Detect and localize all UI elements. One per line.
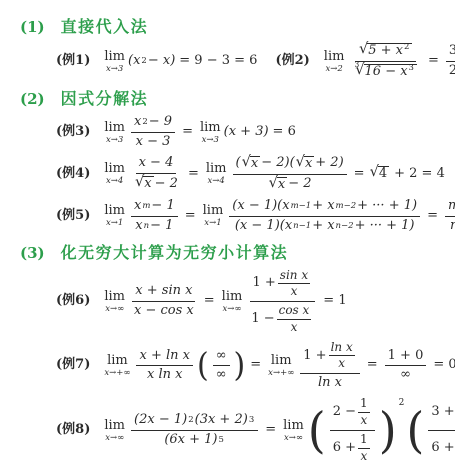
cube-root: 3 √ 16 − x3 (354, 64, 417, 80)
equals: = (182, 125, 193, 140)
expression: 1 + (253, 276, 276, 291)
example-1-label: (例1) (56, 54, 90, 69)
lim-word: lim (107, 354, 128, 367)
lim-word: lim (200, 121, 221, 134)
expression: − 2 (288, 177, 311, 192)
lim-word: lim (283, 419, 304, 432)
denominator: x (358, 449, 369, 464)
section-3-number: (3) (20, 244, 45, 262)
fraction: x + sin x x − cos x (131, 284, 197, 319)
numerator: x2 − 9 (131, 115, 175, 133)
superscript: 3 (409, 63, 414, 73)
equals: = (185, 209, 196, 224)
paren-exponent: 2 (399, 398, 405, 408)
expression: (x − 1)(x (232, 199, 289, 214)
radical-sign-icon: √ (370, 165, 379, 180)
denominator: 6 + 1x (428, 431, 455, 464)
lim-word: lim (222, 290, 243, 303)
example-row-3: (例3) lim x→3 x2 − 9 x − 3 = lim x→3 (x +… (56, 115, 449, 150)
denominator: x (336, 356, 347, 371)
example-7-label: (例7) (56, 358, 90, 373)
inner-fraction: ln xx (329, 341, 355, 372)
paren-group: ( 3 + 2x 6 + 1x ) 3 (405, 397, 455, 463)
equals: = (265, 423, 276, 438)
limit-operator: lim x→4 (104, 162, 125, 186)
fraction: 1 + ln xx ln x (300, 341, 359, 392)
lim-word: lim (104, 121, 125, 134)
expression: 6 + (333, 441, 356, 456)
equation-result: = 6 (273, 125, 296, 140)
expression: 1 − (251, 312, 274, 327)
numerator: 1 + ln xx (300, 341, 359, 375)
math-notes-page: (1) 直接代入法 (例1) lim x→3 (x2 − x) = 9 − 3 … (0, 0, 455, 463)
lim-subscript: x→3 (202, 136, 219, 145)
expression: x (134, 115, 141, 130)
numerator: 1 + 0 (385, 349, 427, 367)
denominator: (x − 1)(xn−1 + xn−2 + ··· + 1) (232, 217, 418, 234)
equation-result: = 0 (433, 358, 455, 373)
lim-subscript: x→+∞ (268, 369, 294, 378)
lim-word: lim (104, 162, 125, 175)
indeterminate-form-annotation: ( ∞∞ ) (196, 349, 246, 384)
square-root: √4 (370, 166, 390, 182)
result-fraction: m n (445, 199, 455, 234)
fraction: (x − 1)(xm−1 + xm−2 + ··· + 1) (x − 1)(x… (229, 199, 420, 234)
denominator: x (289, 320, 300, 335)
denominator: 6 + 1x (330, 431, 375, 464)
radical-sign-icon: √ (269, 176, 278, 191)
limit-operator: lim x→∞ (104, 419, 125, 443)
lim-word: lim (203, 204, 224, 217)
fraction: 2 − 1x 6 + 1x (330, 397, 375, 463)
inner-fraction: cos xx (277, 304, 312, 335)
equals: = (250, 358, 261, 373)
limit-operator: lim x→+∞ (104, 354, 130, 378)
lim-subscript: x→1 (106, 219, 123, 228)
lim-subscript: x→3 (106, 65, 123, 74)
expression: + x (312, 219, 334, 234)
expression: − 2 (155, 177, 178, 192)
lim-subscript: x→∞ (105, 305, 124, 314)
denominator: x (358, 413, 369, 428)
example-row-8: (例8) lim x→∞ (2x − 1)2(3x + 2)3 (6x + 1)… (56, 397, 449, 463)
numerator: 3 + 2x (428, 397, 455, 431)
radicand: 4 (378, 166, 389, 182)
limit-operator: lim x→3 (104, 50, 125, 74)
inner-fraction: sin xx (278, 269, 310, 300)
denominator: xn − 1 (132, 217, 176, 234)
numerator: cos x (277, 304, 312, 320)
numerator: ∞ (213, 349, 230, 367)
lim-subscript: x→∞ (284, 434, 303, 443)
numerator: 3 (446, 44, 455, 62)
denominator: n (447, 217, 455, 234)
lim-subscript: x→2 (325, 65, 342, 74)
limit-operator: lim x→+∞ (268, 354, 294, 378)
radicand: x (277, 177, 287, 193)
denominator: x (289, 284, 300, 299)
radical-sign-icon: √ (135, 175, 144, 190)
numerator: (√x − 2)(√x + 2) (233, 156, 347, 175)
fraction: 1 + sin xx 1 − cos xx (248, 269, 316, 335)
numerator: x + ln x (136, 349, 192, 367)
inner-fraction: 1x (358, 397, 370, 428)
denominator: x − cos x (131, 302, 197, 319)
radicand: 16 − x3 (364, 64, 417, 80)
lim-word: lim (324, 50, 345, 63)
limit-operator: lim x→2 (324, 50, 345, 74)
numerator: 1 (358, 397, 370, 413)
equation-result: + 2 = 4 (394, 167, 445, 182)
square-root: √x (269, 177, 288, 193)
limit-operator: lim x→∞ (222, 290, 243, 314)
section-2-title: 因式分解法 (61, 86, 149, 109)
limit-operator: lim x→3 (200, 121, 221, 145)
lim-subscript: x→∞ (222, 305, 241, 314)
denominator: ln x (315, 374, 345, 391)
fraction: (2x − 1)2(3x + 2)3 (6x + 1)5 (131, 413, 258, 448)
denominator: 3 √ 16 − x3 (350, 62, 421, 80)
example-row-7: (例7) lim x→+∞ x + ln x x ln x ( ∞∞ ) = l… (56, 341, 449, 392)
expression: x (135, 219, 142, 234)
square-root: √x (296, 156, 315, 172)
radicand: x (304, 156, 314, 172)
denominator: ∞ (213, 366, 230, 383)
inner-fraction: 1x (358, 433, 370, 464)
lim-subscript: x→3 (106, 136, 123, 145)
denominator: (6x + 1)5 (161, 431, 228, 448)
expression: − 9 (149, 115, 172, 130)
expression: 1 + (303, 349, 326, 364)
lim-word: lim (104, 204, 125, 217)
fraction: √ 5 + x2 3 √ 16 − x3 (350, 43, 421, 80)
equals: = (367, 358, 378, 373)
numerator: m (445, 199, 455, 217)
radical-sign-icon: √ (355, 63, 364, 78)
radical-sign-icon: √ (359, 42, 368, 57)
numerator: ln x (329, 341, 355, 357)
expression: + ··· + 1) (355, 219, 415, 234)
section-2-number: (2) (20, 90, 45, 108)
expression: 3 + (431, 405, 454, 420)
expression: (3x + 2) (195, 413, 248, 428)
fraction: (√x − 2)(√x + 2) √x − 2 (233, 156, 347, 193)
example-row-6: (例6) lim x→∞ x + sin x x − cos x = lim x… (56, 269, 449, 335)
equals: = (427, 209, 438, 224)
denominator: √x − 2 (131, 174, 181, 192)
expression: − x) (148, 54, 175, 69)
lim-subscript: x→4 (208, 177, 225, 186)
denominator: x − 3 (133, 133, 174, 150)
example-row-1-2: (例1) lim x→3 (x2 − x) = 9 − 3 = 6 (例2) l… (56, 43, 449, 80)
radical-sign-icon: √ (296, 155, 305, 170)
square-root: √x (242, 156, 261, 172)
expression: − 1 (150, 219, 173, 234)
equals: = (204, 294, 215, 309)
limit-operator: lim x→3 (104, 121, 125, 145)
equals: = (188, 167, 199, 182)
limit-operator: lim x→4 (206, 162, 227, 186)
numerator: (x − 1)(xm−1 + xm−2 + ··· + 1) (229, 199, 420, 217)
example-5-label: (例5) (56, 209, 90, 224)
numerator: 1 + sin xx (250, 269, 316, 303)
expression: (x (128, 54, 140, 69)
radicand: x (250, 156, 260, 172)
numerator: 1 (358, 433, 370, 449)
denominator: ∞ (397, 366, 414, 383)
expression: (x + 3) (224, 125, 269, 140)
fraction: x + ln x x ln x (136, 349, 192, 384)
square-root: √x (135, 176, 154, 192)
radicand: x (143, 176, 153, 192)
equals: = (428, 54, 439, 69)
expression: 2 − (333, 405, 356, 420)
numerator: √ 5 + x2 (355, 43, 416, 62)
result-fraction: 1 + 0 ∞ (385, 349, 427, 384)
numerator: xm − 1 (131, 199, 178, 217)
denominator: 1 − cos xx (248, 302, 316, 335)
lim-word: lim (271, 354, 292, 367)
lim-subscript: x→1 (204, 219, 221, 228)
fraction: xm − 1 xn − 1 (131, 199, 178, 234)
expression: + 2) (315, 156, 343, 171)
lim-word: lim (104, 419, 125, 432)
example-row-4: (例4) lim x→4 x − 4 √x − 2 = lim x→4 (√x … (56, 156, 449, 193)
section-3-heading: (3) 化无穷大计算为无穷小计算法 (20, 240, 449, 263)
example-3-label: (例3) (56, 125, 90, 140)
example-4-label: (例4) (56, 167, 90, 182)
section-2-heading: (2) 因式分解法 (20, 86, 449, 109)
fraction: x2 − 9 x − 3 (131, 115, 175, 150)
example-2-label: (例2) (275, 54, 309, 69)
paren-group: ( 2 − 1x 6 + 1x ) 2 (307, 397, 406, 463)
example-row-5: (例5) lim x→1 xm − 1 xn − 1 = lim x→1 (x … (56, 199, 449, 234)
denominator: x ln x (144, 366, 185, 383)
lim-word: lim (104, 50, 125, 63)
expression: ( (236, 156, 241, 171)
expression: − 1 (151, 199, 174, 214)
example-6-label: (例6) (56, 294, 90, 309)
result-fraction: 3 2 (446, 44, 455, 79)
square-root: √ 5 + x2 (359, 43, 412, 59)
expression: 6 + (431, 441, 454, 456)
limit-operator: lim x→1 (203, 204, 224, 228)
denominator: √x − 2 (265, 175, 315, 193)
expression: x (134, 199, 141, 214)
section-1-heading: (1) 直接代入法 (20, 14, 449, 37)
limit-operator: lim x→∞ (283, 419, 304, 443)
expression: + x (312, 199, 334, 214)
expression: + ··· + 1) (357, 199, 417, 214)
section-3-title: 化无穷大计算为无穷小计算法 (61, 240, 289, 263)
inner-fraction: ∞∞ (213, 349, 230, 384)
expression: 16 − x (365, 64, 408, 79)
numerator: 2 − 1x (330, 397, 375, 431)
example-8-label: (例8) (56, 423, 90, 438)
superscript: 2 (404, 42, 409, 52)
expression: (x − 1)(x (235, 219, 292, 234)
lim-subscript: x→∞ (105, 434, 124, 443)
expression: − 2)( (261, 156, 294, 171)
fraction: x − 4 √x − 2 (131, 156, 181, 192)
expression: 5 + x (368, 43, 403, 58)
lim-word: lim (104, 290, 125, 303)
denominator: 2 (446, 62, 455, 79)
expression: (2x − 1) (134, 413, 187, 428)
limit-operator: lim x→1 (104, 204, 125, 228)
numerator: (2x − 1)2(3x + 2)3 (131, 413, 258, 431)
radical-sign-icon: √ (242, 155, 251, 170)
lim-word: lim (206, 162, 227, 175)
limit-operator: lim x→∞ (104, 290, 125, 314)
numerator: x − 4 (136, 156, 177, 174)
section-1-number: (1) (20, 18, 45, 36)
lim-subscript: x→4 (106, 177, 123, 186)
numerator: sin x (278, 269, 310, 285)
expression: (6x + 1) (164, 433, 217, 448)
fraction: 3 + 2x 6 + 1x (428, 397, 455, 463)
numerator: x + sin x (132, 284, 195, 302)
equation-result: = 9 − 3 = 6 (179, 54, 257, 69)
section-1-title: 直接代入法 (61, 14, 149, 37)
equation-result: = 1 (323, 294, 346, 309)
radicand: 5 + x2 (367, 43, 412, 59)
equals: = (354, 167, 365, 182)
lim-subscript: x→+∞ (104, 369, 130, 378)
